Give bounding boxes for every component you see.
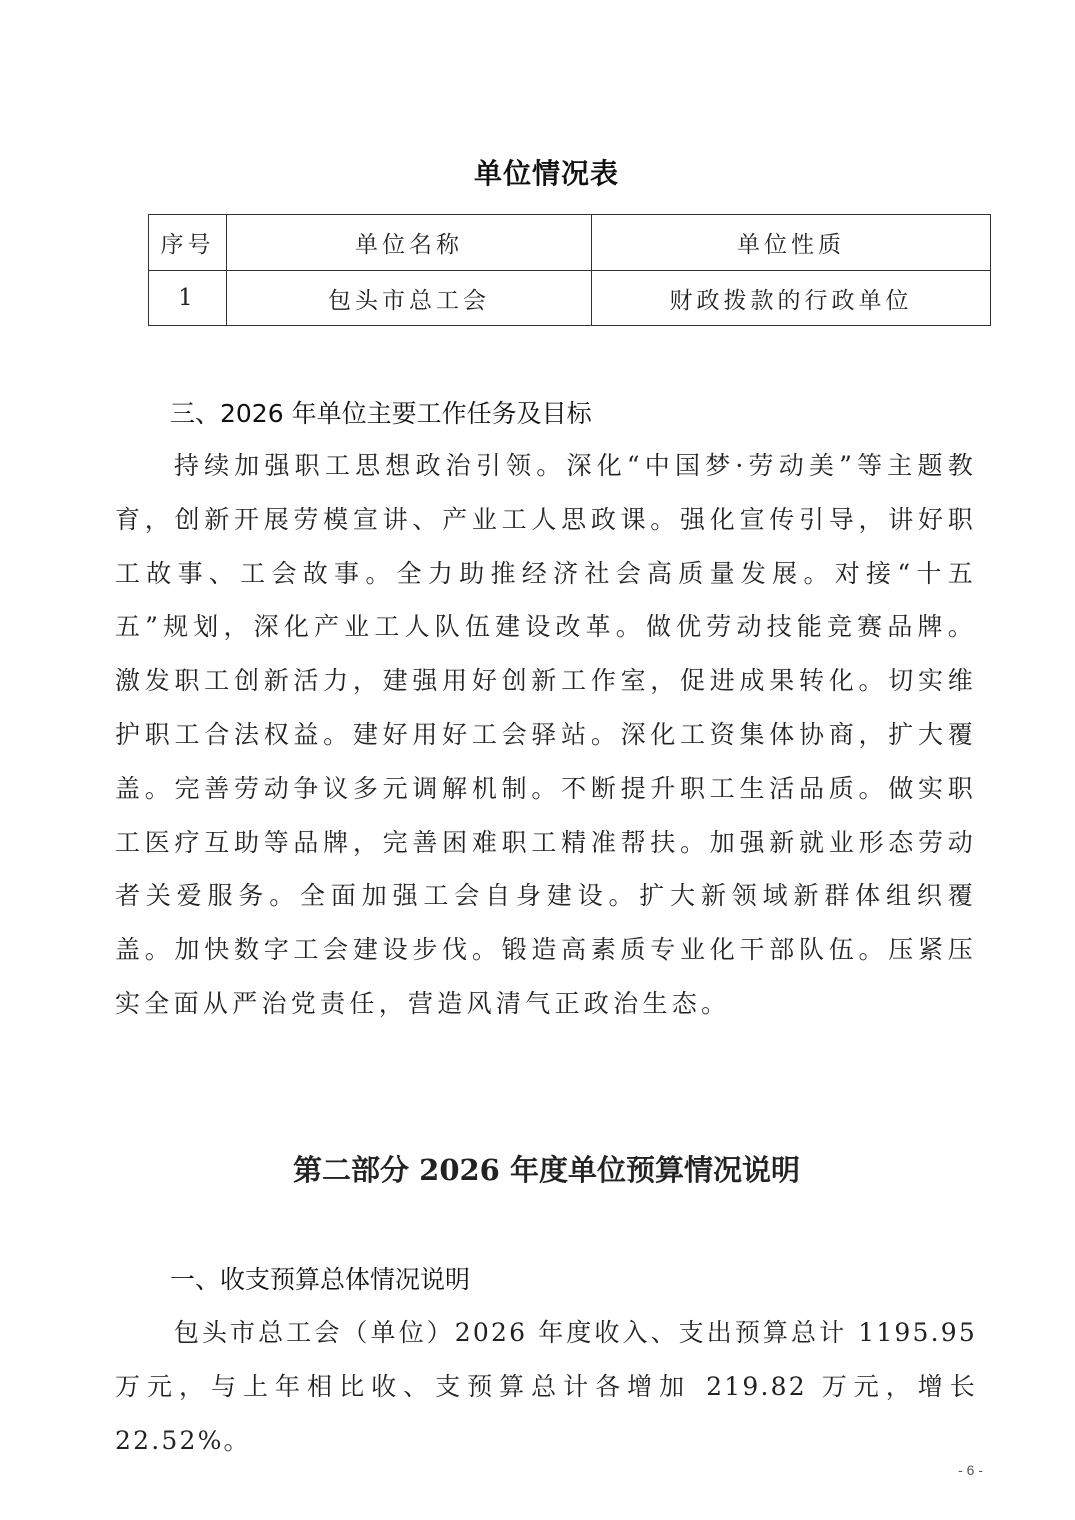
part2-title: 第二部分 2026 年度单位预算情况说明 — [0, 1148, 1075, 1189]
cell-unit-nature: 财政拨款的行政单位 — [592, 271, 991, 326]
header-unit-name: 单位名称 — [227, 215, 592, 271]
cell-index: 1 — [149, 271, 227, 326]
section3-body: 持续加强职工思想政治引领。深化“中国梦·劳动美”等主题教育，创新开展劳模宣讲、产… — [115, 439, 977, 1031]
page-number: - 6 - — [958, 1462, 983, 1478]
unit-info-table: 序号 单位名称 单位性质 1 包头市总工会 财政拨款的行政单位 — [148, 214, 991, 326]
section3-text: 持续加强职工思想政治引领。深化“中国梦·劳动美”等主题教育，创新开展劳模宣讲、产… — [115, 451, 977, 1018]
table-title: 单位情况表 — [0, 152, 1075, 192]
header-unit-nature: 单位性质 — [592, 215, 991, 271]
table-row: 1 包头市总工会 财政拨款的行政单位 — [149, 271, 991, 326]
section1-body: 包头市总工会（单位）2026 年度收入、支出预算总计 1195.95 万元，与上… — [115, 1306, 977, 1467]
section1-text: 包头市总工会（单位）2026 年度收入、支出预算总计 1195.95 万元，与上… — [115, 1318, 977, 1455]
table-header-row: 序号 单位名称 单位性质 — [149, 215, 991, 271]
header-index: 序号 — [149, 215, 227, 271]
section1-heading: 一、收支预算总体情况说明 — [170, 1260, 470, 1296]
cell-unit-name: 包头市总工会 — [227, 271, 592, 326]
section3-heading: 三、2026 年单位主要工作任务及目标 — [170, 394, 592, 430]
